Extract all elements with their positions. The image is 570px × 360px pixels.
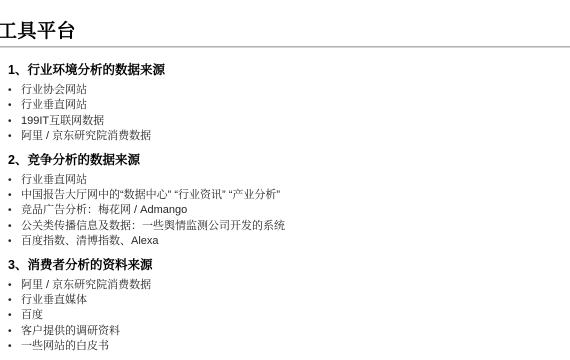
list-item: •一些网站的白皮书 [8,339,562,354]
bullet-icon: • [8,339,21,354]
section-competitive-analysis-data-sources: 2、竞争分析的数据来源 •行业垂直网站 •中国报告大厅网中的“数据中心” “行业… [8,153,562,250]
bullet-icon: • [8,129,21,144]
page-title: 工具平台 [0,0,570,42]
list-item: •百度指数、清博指数、Alexa [8,234,562,249]
list-item-text: 竞品广告分析：梅花网 / Admango [21,203,187,218]
list-item: •中国报告大厅网中的“数据中心” “行业资讯” “产业分析” [8,188,562,203]
section-heading: 3、消费者分析的资料来源 [8,258,562,273]
list-item: •行业垂直媒体 [8,293,562,308]
bullet-icon: • [8,114,21,129]
bullet-icon: • [8,234,21,249]
list-item-text: 中国报告大厅网中的“数据中心” “行业资讯” “产业分析” [21,188,280,203]
bullet-icon: • [8,203,21,218]
list-item-text: 百度 [21,308,43,323]
bullet-icon: • [8,278,21,293]
list-item-text: 阿里 / 京东研究院消费数据 [21,278,151,293]
list-item: •行业垂直网站 [8,98,562,113]
bullet-icon: • [8,188,21,203]
list-item-text: 199IT互联网数据 [21,114,104,129]
bullet-icon: • [8,308,21,323]
list-item-text: 客户提供的调研资料 [21,324,120,339]
bullet-icon: • [8,293,21,308]
list-item: •199IT互联网数据 [8,114,562,129]
list-item: •竞品广告分析：梅花网 / Admango [8,203,562,218]
slide: 工具平台 1、行业环境分析的数据来源 •行业协会网站 •行业垂直网站 •199I… [0,0,570,360]
list-item-text: 行业垂直网站 [21,173,87,188]
list-item-text: 行业垂直网站 [21,98,87,113]
list-item-text: 公关类传播信息及数据：一些舆情监测公司开发的系统 [21,219,285,234]
list-item-text: 百度指数、清博指数、Alexa [21,234,159,249]
bullet-icon: • [8,324,21,339]
list-item: •行业协会网站 [8,83,562,98]
section-heading: 1、行业环境分析的数据来源 [8,63,562,78]
slide-content: 1、行业环境分析的数据来源 •行业协会网站 •行业垂直网站 •199IT互联网数… [0,63,570,355]
section-heading: 2、竞争分析的数据来源 [8,153,562,168]
list-item-text: 行业垂直媒体 [21,293,87,308]
list-item: •行业垂直网站 [8,173,562,188]
list-item: •百度 [8,308,562,323]
list-item: •阿里 / 京东研究院消费数据 [8,278,562,293]
bullet-list: •行业协会网站 •行业垂直网站 •199IT互联网数据 •阿里 / 京东研究院消… [8,83,562,145]
bullet-list: •行业垂直网站 •中国报告大厅网中的“数据中心” “行业资讯” “产业分析” •… [8,173,562,250]
list-item-text: 阿里 / 京东研究院消费数据 [21,129,151,144]
title-divider [0,46,570,48]
section-industry-environment-data-sources: 1、行业环境分析的数据来源 •行业协会网站 •行业垂直网站 •199IT互联网数… [8,63,562,145]
list-item-text: 一些网站的白皮书 [21,339,109,354]
bullet-icon: • [8,98,21,113]
section-consumer-analysis-data-sources: 3、消费者分析的资料来源 •阿里 / 京东研究院消费数据 •行业垂直媒体 •百度… [8,258,562,355]
bullet-icon: • [8,83,21,98]
list-item-text: 行业协会网站 [21,83,87,98]
list-item: •客户提供的调研资料 [8,324,562,339]
list-item: •阿里 / 京东研究院消费数据 [8,129,562,144]
bullet-icon: • [8,173,21,188]
bullet-list: •阿里 / 京东研究院消费数据 •行业垂直媒体 •百度 •客户提供的调研资料 •… [8,278,562,355]
list-item: •公关类传播信息及数据：一些舆情监测公司开发的系统 [8,219,562,234]
bullet-icon: • [8,219,21,234]
